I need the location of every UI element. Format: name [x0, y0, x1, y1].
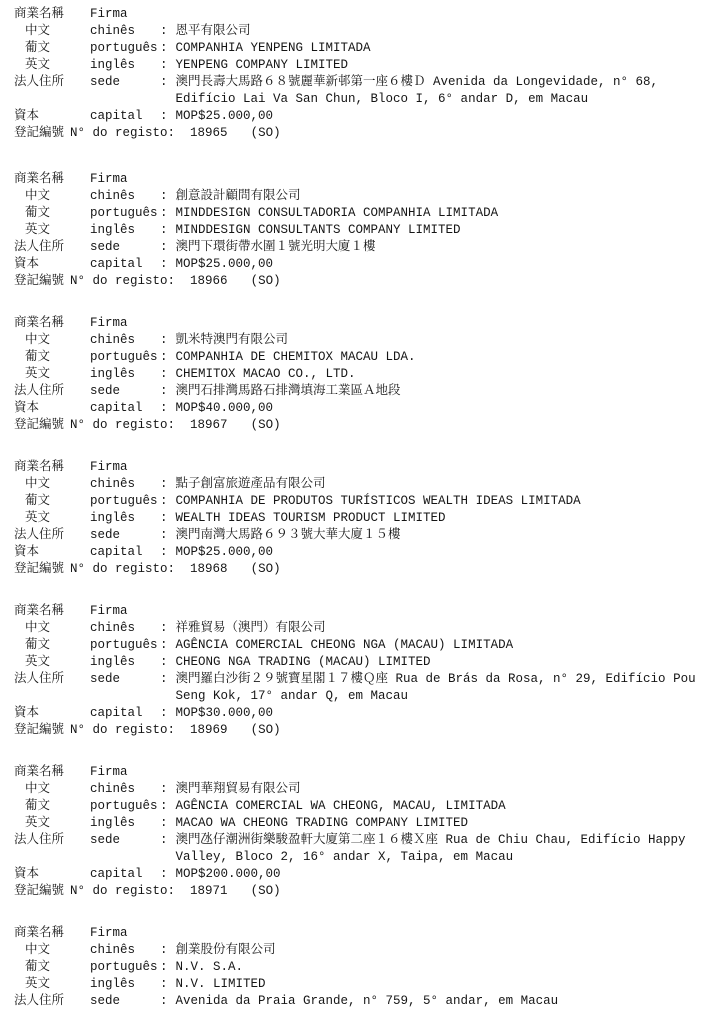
colon: :: [160, 705, 168, 722]
sede-row: 法人住所 sede :澳門下環街帶水圍１號光明大廈１樓: [0, 239, 711, 256]
sede-label-pt: sede: [90, 527, 160, 544]
sede-label-cn: 法人住所: [14, 832, 90, 849]
capital-amount: MOP$25.000,00: [176, 544, 274, 561]
colon: :: [160, 108, 168, 125]
portuguese-label-pt: português: [90, 40, 160, 57]
sede-address-line: 澳門石排灣馬路石排灣填海工業區Ａ地段: [176, 383, 401, 400]
colon: :: [160, 239, 168, 256]
registo-label-cn: 登記編號: [14, 273, 64, 290]
sede-address-line: Edifício Lai Va San Chun, Bloco I, 6° an…: [176, 91, 659, 108]
sede-label-pt: sede: [90, 74, 160, 91]
registo-suffix: (SO): [251, 561, 281, 578]
portuguese-name-row: 葡文 português :COMPANHIA DE PRODUTOS TURÍ…: [0, 493, 711, 510]
sede-label-cn: 法人住所: [14, 993, 90, 1010]
english-name-row: 英文 inglês :YENPENG COMPANY LIMITED: [0, 57, 711, 74]
sede-address-line: 澳門羅白沙街２９號寶星閣１７樓Ｑ座 Rua de Brás da Rosa, n…: [176, 671, 696, 688]
chinese-label-cn: 中文: [25, 188, 90, 205]
company-entry: 商業名稱 Firma 中文 chinês :澳門華翔貿易有限公司 葡文 port…: [0, 764, 711, 900]
firma-label-pt: Firma: [90, 315, 160, 332]
capital-amount: MOP$40.000,00: [176, 400, 274, 417]
portuguese-label-cn: 葡文: [25, 493, 90, 510]
colon: :: [160, 332, 168, 349]
english-label-cn: 英文: [25, 976, 90, 993]
colon: :: [160, 256, 168, 273]
registo-label-cn: 登記編號: [14, 722, 64, 739]
colon: :: [160, 832, 168, 866]
chinese-name: 祥雅貿易（澳門）有限公司: [176, 620, 326, 637]
english-label-pt: inglês: [90, 976, 160, 993]
colon: :: [160, 23, 168, 40]
sede-address-line: 澳門下環街帶水圍１號光明大廈１樓: [176, 239, 376, 256]
english-name-row: 英文 inglês :WEALTH IDEAS TOURISM PRODUCT …: [0, 510, 711, 527]
english-label-cn: 英文: [25, 57, 90, 74]
colon: :: [160, 544, 168, 561]
portuguese-label-cn: 葡文: [25, 205, 90, 222]
colon: :: [160, 349, 168, 366]
portuguese-name-row: 葡文 português :AGÊNCIA COMERCIAL CHEONG N…: [0, 637, 711, 654]
portuguese-name: COMPANHIA DE CHEMITOX MACAU LDA.: [176, 349, 416, 366]
english-label-pt: inglês: [90, 366, 160, 383]
chinese-name: 創意設計顧問有限公司: [176, 188, 301, 205]
firma-row: 商業名稱 Firma: [0, 459, 711, 476]
colon: :: [160, 620, 168, 637]
chinese-label-pt: chinês: [90, 942, 160, 959]
colon: :: [160, 222, 168, 239]
sede-label-cn: 法人住所: [14, 527, 90, 544]
sede-row: 法人住所 sede :Avenida da Praia Grande, n° 7…: [0, 993, 711, 1010]
registo-label-cn: 登記編號: [14, 125, 64, 142]
registo-suffix: (SO): [251, 722, 281, 739]
registo-number: 18969: [190, 722, 228, 739]
capital-label-cn: 資本: [14, 544, 90, 561]
firma-label-cn: 商業名稱: [14, 603, 90, 620]
capital-amount: MOP$25.000,00: [176, 256, 274, 273]
colon: :: [160, 781, 168, 798]
chinese-name-row: 中文 chinês :創業股份有限公司: [0, 942, 711, 959]
chinese-label-cn: 中文: [25, 781, 90, 798]
registo-label-pt: N° do registo:: [70, 722, 175, 739]
firma-label-pt: Firma: [90, 171, 160, 188]
sede-label-cn: 法人住所: [14, 74, 90, 91]
colon: :: [160, 637, 168, 654]
registo-label-cn: 登記編號: [14, 883, 64, 900]
portuguese-name: N.V. S.A.: [176, 959, 244, 976]
registo-label-cn: 登記編號: [14, 417, 64, 434]
chinese-name-row: 中文 chinês :恩平有限公司: [0, 23, 711, 40]
colon: :: [160, 74, 168, 108]
capital-row: 資本 capital :MOP$25.000,00: [0, 256, 711, 273]
chinese-label-pt: chinês: [90, 332, 160, 349]
colon: :: [160, 476, 168, 493]
english-label-pt: inglês: [90, 654, 160, 671]
chinese-label-pt: chinês: [90, 23, 160, 40]
firma-label-pt: Firma: [90, 603, 160, 620]
firma-row: 商業名稱 Firma: [0, 315, 711, 332]
registo-label-cn: 登記編號: [14, 561, 64, 578]
capital-label-cn: 資本: [14, 705, 90, 722]
sede-label-cn: 法人住所: [14, 671, 90, 688]
capital-label-cn: 資本: [14, 108, 90, 125]
registo-label-pt: N° do registo:: [70, 125, 175, 142]
firma-label-cn: 商業名稱: [14, 6, 90, 23]
portuguese-label-cn: 葡文: [25, 798, 90, 815]
chinese-name-row: 中文 chinês :點子創富旅遊產品有限公司: [0, 476, 711, 493]
registo-row: 登記編號 N° do registo: 18969 (SO): [0, 722, 711, 739]
chinese-label-cn: 中文: [25, 332, 90, 349]
colon: :: [160, 493, 168, 510]
capital-label-pt: capital: [90, 400, 160, 417]
colon: :: [160, 866, 168, 883]
registo-label-pt: N° do registo:: [70, 883, 175, 900]
portuguese-name: COMPANHIA YENPENG LIMITADA: [176, 40, 371, 57]
english-label-cn: 英文: [25, 510, 90, 527]
sede-label-cn: 法人住所: [14, 239, 90, 256]
chinese-label-pt: chinês: [90, 620, 160, 637]
firma-label-cn: 商業名稱: [14, 764, 90, 781]
chinese-label-cn: 中文: [25, 476, 90, 493]
capital-label-pt: capital: [90, 108, 160, 125]
english-name: YENPENG COMPANY LIMITED: [176, 57, 349, 74]
firma-label-pt: Firma: [90, 459, 160, 476]
firma-row: 商業名稱 Firma: [0, 603, 711, 620]
english-name: CHEMITOX MACAO CO., LTD.: [176, 366, 356, 383]
colon: :: [160, 40, 168, 57]
capital-row: 資本 capital :MOP$30.000,00: [0, 705, 711, 722]
firma-label-pt: Firma: [90, 925, 160, 942]
sede-label-pt: sede: [90, 383, 160, 400]
registo-number: 18966: [190, 273, 228, 290]
capital-row: 資本 capital :MOP$25.000,00: [0, 108, 711, 125]
colon: :: [160, 205, 168, 222]
chinese-label-pt: chinês: [90, 476, 160, 493]
portuguese-label-pt: português: [90, 493, 160, 510]
portuguese-name: MINDDESIGN CONSULTADORIA COMPANHIA LIMIT…: [176, 205, 499, 222]
portuguese-label-cn: 葡文: [25, 637, 90, 654]
portuguese-name-row: 葡文 português :AGÊNCIA COMERCIAL WA CHEON…: [0, 798, 711, 815]
english-name-row: 英文 inglês :CHEMITOX MACAO CO., LTD.: [0, 366, 711, 383]
chinese-name-row: 中文 chinês :祥雅貿易（澳門）有限公司: [0, 620, 711, 637]
portuguese-label-pt: português: [90, 798, 160, 815]
portuguese-name: AGÊNCIA COMERCIAL WA CHEONG, MACAU, LIMI…: [176, 798, 506, 815]
portuguese-name-row: 葡文 português :N.V. S.A.: [0, 959, 711, 976]
registo-row: 登記編號 N° do registo: 18965 (SO): [0, 125, 711, 142]
english-label-pt: inglês: [90, 57, 160, 74]
chinese-label-pt: chinês: [90, 781, 160, 798]
gazette-registry-page: 商業名稱 Firma 中文 chinês :恩平有限公司 葡文 portuguê…: [0, 0, 711, 1024]
portuguese-label-cn: 葡文: [25, 40, 90, 57]
sede-row: 法人住所 sede :澳門氹仔潮洲街樂駿盈軒大廈第二座１６樓Ｘ座 Rua de …: [0, 832, 711, 866]
capital-label-pt: capital: [90, 544, 160, 561]
registo-label-pt: N° do registo:: [70, 561, 175, 578]
portuguese-name-row: 葡文 português :COMPANHIA YENPENG LIMITADA: [0, 40, 711, 57]
sede-label-pt: sede: [90, 832, 160, 849]
chinese-label-pt: chinês: [90, 188, 160, 205]
sede-address-line: Seng Kok, 17° andar Q, em Macau: [176, 688, 696, 705]
registo-number: 18965: [190, 125, 228, 142]
registo-number: 18968: [190, 561, 228, 578]
firma-label-pt: Firma: [90, 6, 160, 23]
colon: :: [160, 959, 168, 976]
portuguese-name: COMPANHIA DE PRODUTOS TURÍSTICOS WEALTH …: [176, 493, 581, 510]
chinese-name: 凱米特澳門有限公司: [176, 332, 289, 349]
portuguese-label-cn: 葡文: [25, 349, 90, 366]
capital-label-cn: 資本: [14, 256, 90, 273]
colon: :: [160, 815, 168, 832]
english-name-row: 英文 inglês :CHEONG NGA TRADING (MACAU) LI…: [0, 654, 711, 671]
firma-label-cn: 商業名稱: [14, 459, 90, 476]
registo-row: 登記編號 N° do registo: 18966 (SO): [0, 273, 711, 290]
colon: :: [160, 976, 168, 993]
english-label-pt: inglês: [90, 815, 160, 832]
company-entry: 商業名稱 Firma 中文 chinês :恩平有限公司 葡文 portuguê…: [0, 6, 711, 142]
sede-row: 法人住所 sede :澳門羅白沙街２９號寶星閣１７樓Ｑ座 Rua de Brás…: [0, 671, 711, 705]
sede-label-pt: sede: [90, 671, 160, 688]
english-label-cn: 英文: [25, 366, 90, 383]
portuguese-label-cn: 葡文: [25, 959, 90, 976]
sede-row: 法人住所 sede :澳門石排灣馬路石排灣填海工業區Ａ地段: [0, 383, 711, 400]
firma-row: 商業名稱 Firma: [0, 764, 711, 781]
sede-label-pt: sede: [90, 239, 160, 256]
capital-row: 資本 capital :MOP$25.000,00: [0, 544, 711, 561]
registo-label-pt: N° do registo:: [70, 417, 175, 434]
english-name: N.V. LIMITED: [176, 976, 266, 993]
capital-label-pt: capital: [90, 256, 160, 273]
portuguese-label-pt: português: [90, 637, 160, 654]
firma-row: 商業名稱 Firma: [0, 171, 711, 188]
english-name: CHEONG NGA TRADING (MACAU) LIMITED: [176, 654, 431, 671]
colon: :: [160, 400, 168, 417]
english-name-row: 英文 inglês :N.V. LIMITED: [0, 976, 711, 993]
colon: :: [160, 993, 168, 1010]
sede-address-line: 澳門長壽大馬路６８號麗華新邨第一座６樓Ｄ Avenida da Longevid…: [176, 74, 659, 91]
chinese-label-cn: 中文: [25, 942, 90, 959]
portuguese-name-row: 葡文 português :COMPANHIA DE CHEMITOX MACA…: [0, 349, 711, 366]
sede-row: 法人住所 sede :澳門長壽大馬路６８號麗華新邨第一座６樓Ｄ Avenida …: [0, 74, 711, 108]
english-label-pt: inglês: [90, 510, 160, 527]
english-name: MINDDESIGN CONSULTANTS COMPANY LIMITED: [176, 222, 461, 239]
registo-suffix: (SO): [251, 273, 281, 290]
chinese-name-row: 中文 chinês :創意設計顧問有限公司: [0, 188, 711, 205]
english-label-cn: 英文: [25, 222, 90, 239]
colon: :: [160, 188, 168, 205]
chinese-name: 澳門華翔貿易有限公司: [176, 781, 301, 798]
registo-label-pt: N° do registo:: [70, 273, 175, 290]
colon: :: [160, 671, 168, 705]
english-name: MACAO WA CHEONG TRADING COMPANY LIMITED: [176, 815, 469, 832]
firma-label-cn: 商業名稱: [14, 171, 90, 188]
capital-amount: MOP$200.000,00: [176, 866, 281, 883]
registo-row: 登記編號 N° do registo: 18968 (SO): [0, 561, 711, 578]
firma-row: 商業名稱 Firma: [0, 6, 711, 23]
company-entry: 商業名稱 Firma 中文 chinês :點子創富旅遊產品有限公司 葡文 po…: [0, 459, 711, 578]
colon: :: [160, 366, 168, 383]
colon: :: [160, 383, 168, 400]
english-label-cn: 英文: [25, 654, 90, 671]
firma-label-pt: Firma: [90, 764, 160, 781]
english-name-row: 英文 inglês :MINDDESIGN CONSULTANTS COMPAN…: [0, 222, 711, 239]
sede-address-line: Avenida da Praia Grande, n° 759, 5° anda…: [176, 993, 559, 1010]
capital-label-cn: 資本: [14, 400, 90, 417]
company-entry: 商業名稱 Firma 中文 chinês :凱米特澳門有限公司 葡文 portu…: [0, 315, 711, 434]
colon: :: [160, 654, 168, 671]
colon: :: [160, 798, 168, 815]
capital-label-pt: capital: [90, 866, 160, 883]
chinese-name: 點子創富旅遊產品有限公司: [176, 476, 326, 493]
portuguese-name: AGÊNCIA COMERCIAL CHEONG NGA (MACAU) LIM…: [176, 637, 514, 654]
english-name: WEALTH IDEAS TOURISM PRODUCT LIMITED: [176, 510, 446, 527]
portuguese-name-row: 葡文 português :MINDDESIGN CONSULTADORIA C…: [0, 205, 711, 222]
registo-suffix: (SO): [251, 883, 281, 900]
capital-label-pt: capital: [90, 705, 160, 722]
capital-row: 資本 capital :MOP$200.000,00: [0, 866, 711, 883]
registo-number: 18971: [190, 883, 228, 900]
chinese-label-cn: 中文: [25, 23, 90, 40]
chinese-name-row: 中文 chinês :凱米特澳門有限公司: [0, 332, 711, 349]
colon: :: [160, 527, 168, 544]
sede-row: 法人住所 sede :澳門南灣大馬路６９３號大華大廈１５樓: [0, 527, 711, 544]
english-label-cn: 英文: [25, 815, 90, 832]
capital-row: 資本 capital :MOP$40.000,00: [0, 400, 711, 417]
sede-address-line: Valley, Bloco 2, 16° andar X, Taipa, em …: [176, 849, 686, 866]
registo-row: 登記編號 N° do registo: 18967 (SO): [0, 417, 711, 434]
registo-suffix: (SO): [251, 417, 281, 434]
portuguese-label-pt: português: [90, 959, 160, 976]
chinese-label-cn: 中文: [25, 620, 90, 637]
firma-label-cn: 商業名稱: [14, 315, 90, 332]
capital-amount: MOP$25.000,00: [176, 108, 274, 125]
capital-amount: MOP$30.000,00: [176, 705, 274, 722]
sede-label-cn: 法人住所: [14, 383, 90, 400]
sede-address-line: 澳門氹仔潮洲街樂駿盈軒大廈第二座１６樓Ｘ座 Rua de Chiu Chau, …: [176, 832, 686, 849]
colon: :: [160, 57, 168, 74]
registo-suffix: (SO): [251, 125, 281, 142]
registo-row: 登記編號 N° do registo: 18971 (SO): [0, 883, 711, 900]
chinese-name-row: 中文 chinês :澳門華翔貿易有限公司: [0, 781, 711, 798]
colon: :: [160, 942, 168, 959]
portuguese-label-pt: português: [90, 349, 160, 366]
capital-label-cn: 資本: [14, 866, 90, 883]
company-entry: 商業名稱 Firma 中文 chinês :祥雅貿易（澳門）有限公司 葡文 po…: [0, 603, 711, 739]
chinese-name: 恩平有限公司: [176, 23, 251, 40]
company-entry: 商業名稱 Firma 中文 chinês :創業股份有限公司 葡文 portug…: [0, 925, 711, 1010]
sede-address-line: 澳門南灣大馬路６９３號大華大廈１５樓: [176, 527, 401, 544]
firma-row: 商業名稱 Firma: [0, 925, 711, 942]
english-name-row: 英文 inglês :MACAO WA CHEONG TRADING COMPA…: [0, 815, 711, 832]
sede-label-pt: sede: [90, 993, 160, 1010]
firma-label-cn: 商業名稱: [14, 925, 90, 942]
chinese-name: 創業股份有限公司: [176, 942, 276, 959]
colon: :: [160, 510, 168, 527]
registo-number: 18967: [190, 417, 228, 434]
portuguese-label-pt: português: [90, 205, 160, 222]
english-label-pt: inglês: [90, 222, 160, 239]
company-entry: 商業名稱 Firma 中文 chinês :創意設計顧問有限公司 葡文 port…: [0, 171, 711, 290]
